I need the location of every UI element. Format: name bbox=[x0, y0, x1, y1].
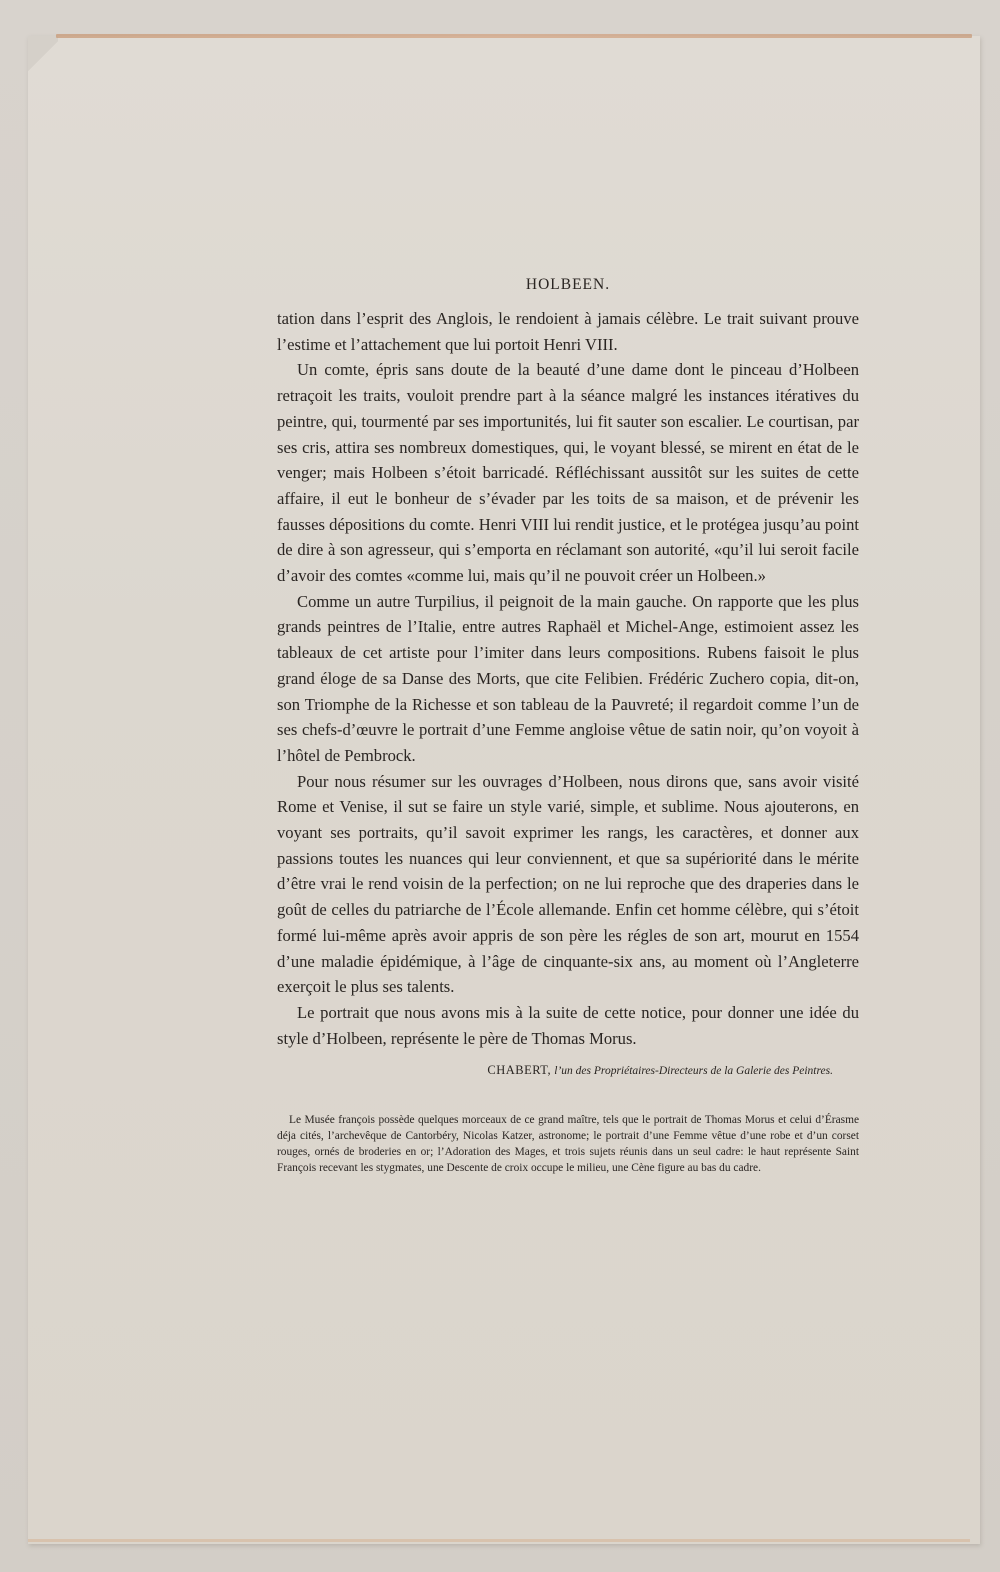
paragraph-comte-anecdote: Un comte, épris sans doute de la beauté … bbox=[277, 357, 859, 588]
foxed-top-edge bbox=[56, 34, 972, 38]
torn-corner bbox=[28, 36, 58, 76]
paragraph-summary: Pour nous résumer sur les ouvrages d’Hol… bbox=[277, 769, 859, 1000]
signature-name: CHABERT, bbox=[487, 1063, 551, 1077]
paragraph-continuation: tation dans l’esprit des Anglois, le ren… bbox=[277, 306, 859, 357]
paper-sheet: HOLBEEN. tation dans l’esprit des Angloi… bbox=[28, 36, 980, 1544]
signature: CHABERT, l’un des Propriétaires-Directeu… bbox=[277, 1063, 833, 1078]
signature-role: l’un des Propriétaires-Directeurs de la … bbox=[554, 1065, 833, 1077]
deckled-bottom-edge bbox=[28, 1539, 970, 1542]
footnote: Le Musée françois possède quelques morce… bbox=[277, 1112, 859, 1176]
paragraph-turpilius: Comme un autre Turpilius, il peignoit de… bbox=[277, 589, 859, 769]
text-block: HOLBEEN. tation dans l’esprit des Angloi… bbox=[277, 276, 859, 1176]
page-heading: HOLBEEN. bbox=[277, 276, 859, 294]
paragraph-portrait-note: Le portrait que nous avons mis à la suit… bbox=[277, 1000, 859, 1051]
